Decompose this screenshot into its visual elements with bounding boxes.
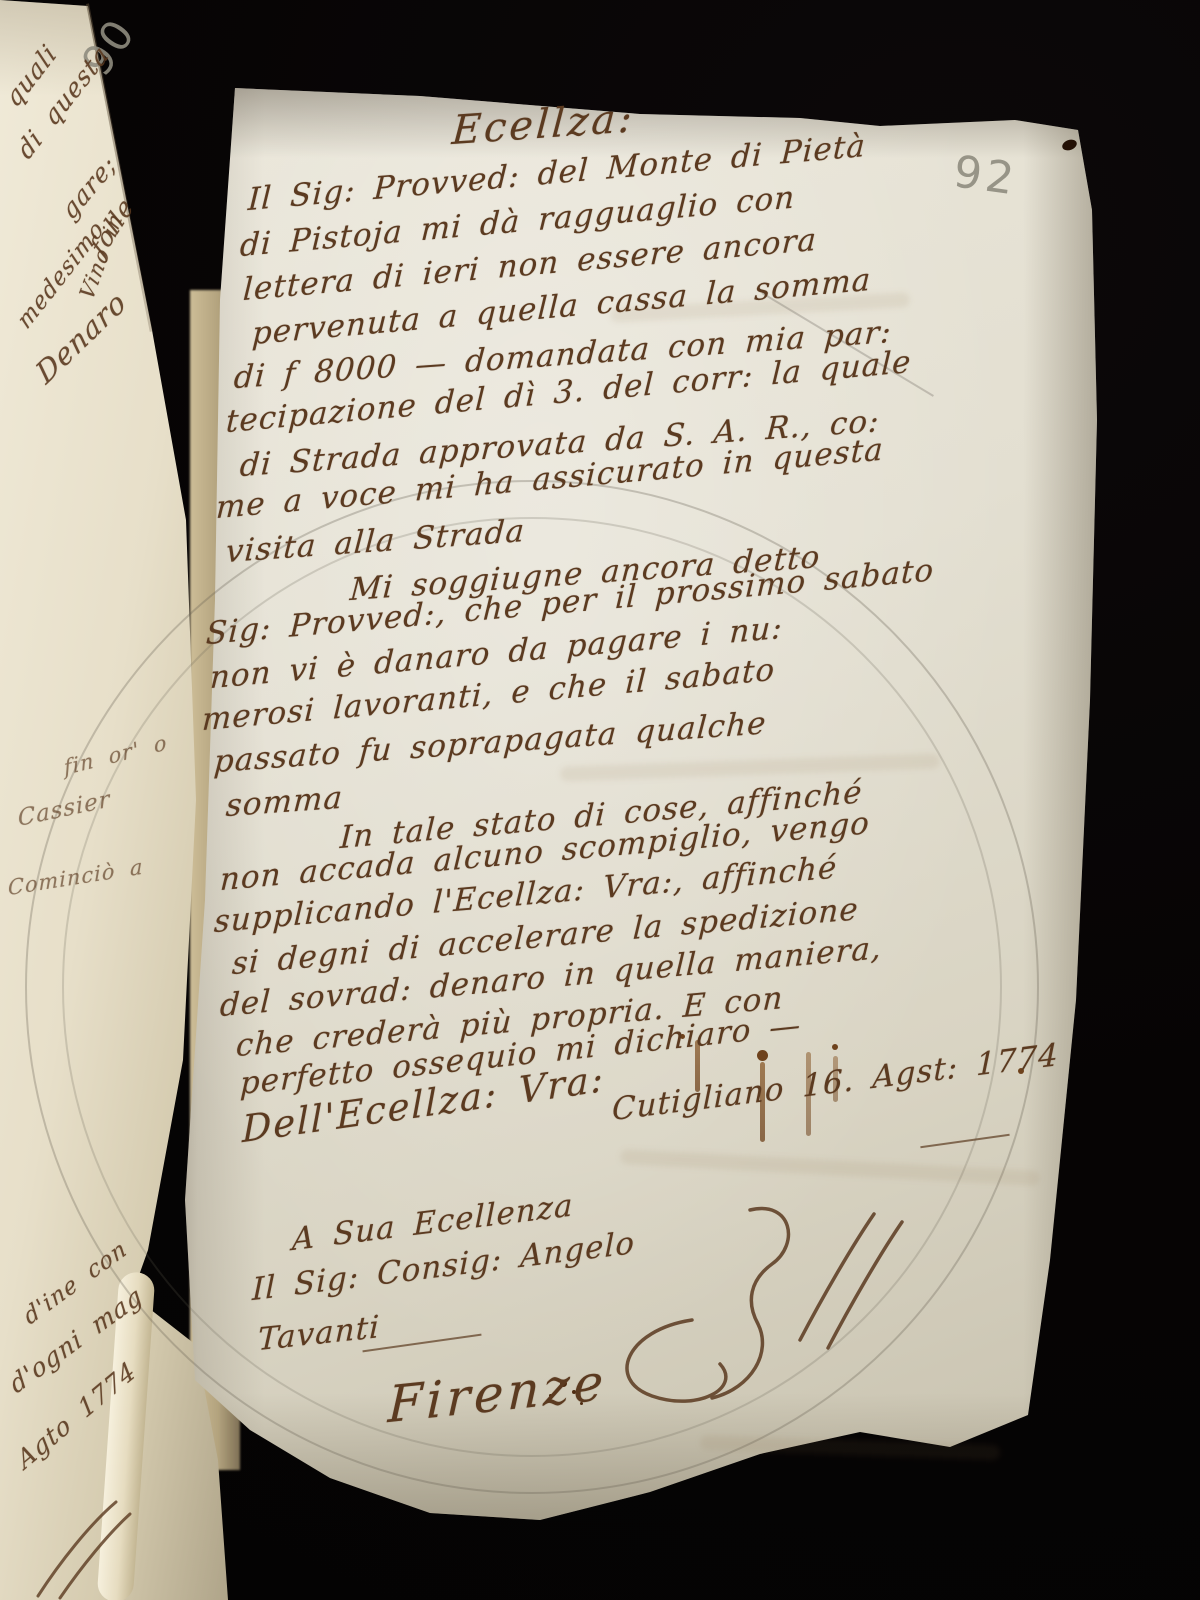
slash-flourish bbox=[828, 1222, 902, 1348]
slash-flourish bbox=[38, 1502, 116, 1596]
ink-dot bbox=[757, 1050, 768, 1061]
c-swash-flourish bbox=[627, 1320, 726, 1401]
left-leaf-slash-flourish bbox=[20, 1500, 140, 1600]
folio-number-92: 92 bbox=[950, 146, 1020, 205]
manuscript-photo: 90 92 Ecellza: Il Sig: Provved: del Mont… bbox=[0, 0, 1200, 1600]
ink-dot bbox=[832, 1044, 838, 1050]
slash-flourish bbox=[800, 1214, 874, 1340]
slash-flourish bbox=[60, 1514, 130, 1598]
pen-flourish bbox=[560, 1200, 1120, 1430]
